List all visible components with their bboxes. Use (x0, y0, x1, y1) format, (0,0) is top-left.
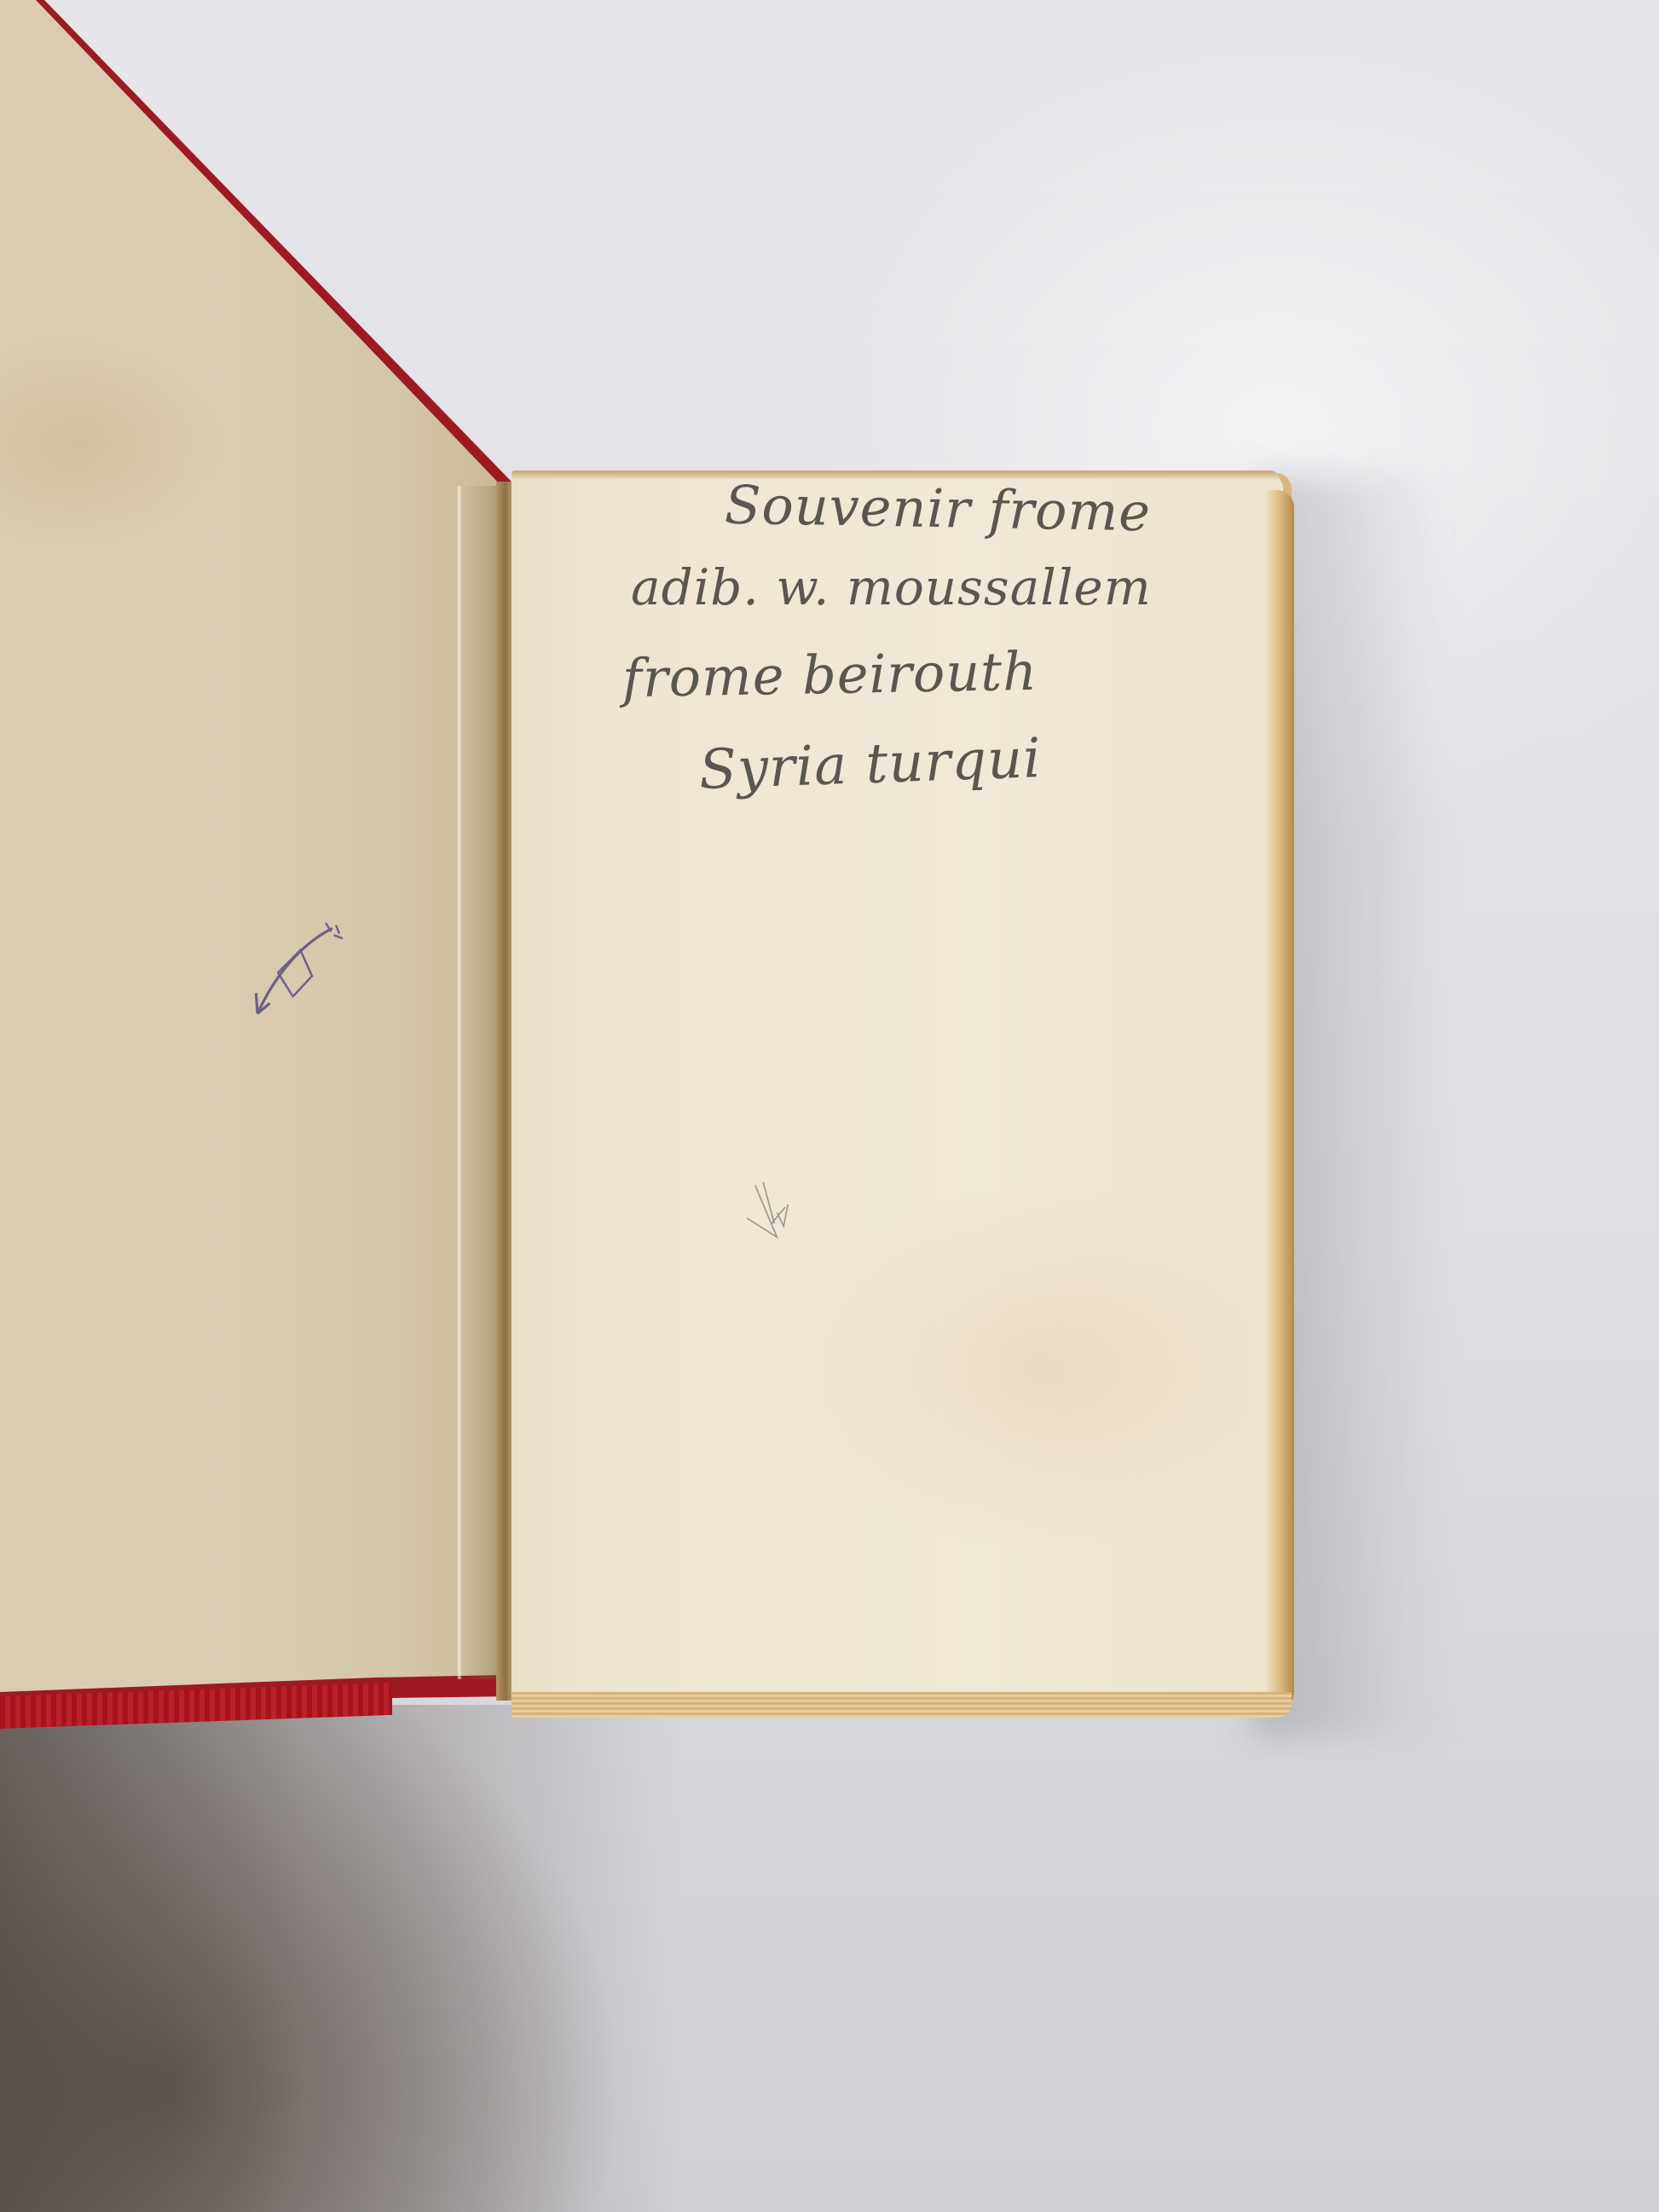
text-block-bottom-edge (512, 1692, 1292, 1718)
inscription-line: frome beirouth (621, 640, 1038, 709)
pencil-scribble-mark (733, 1164, 810, 1262)
page-deckle-edge (1245, 490, 1294, 1709)
table-shadow (0, 1705, 682, 2212)
inscription-line: adib. w. moussallem (631, 558, 1152, 616)
inscription-line: Souvenir frome (724, 474, 1151, 544)
handwritten-inscription: Souvenir frome adib. w. moussallem frome… (614, 477, 1245, 852)
pencil-arrow-mark (230, 904, 367, 1048)
endpaper-hinge (401, 486, 503, 1679)
inscription-line: Syria turqui (698, 727, 1043, 802)
